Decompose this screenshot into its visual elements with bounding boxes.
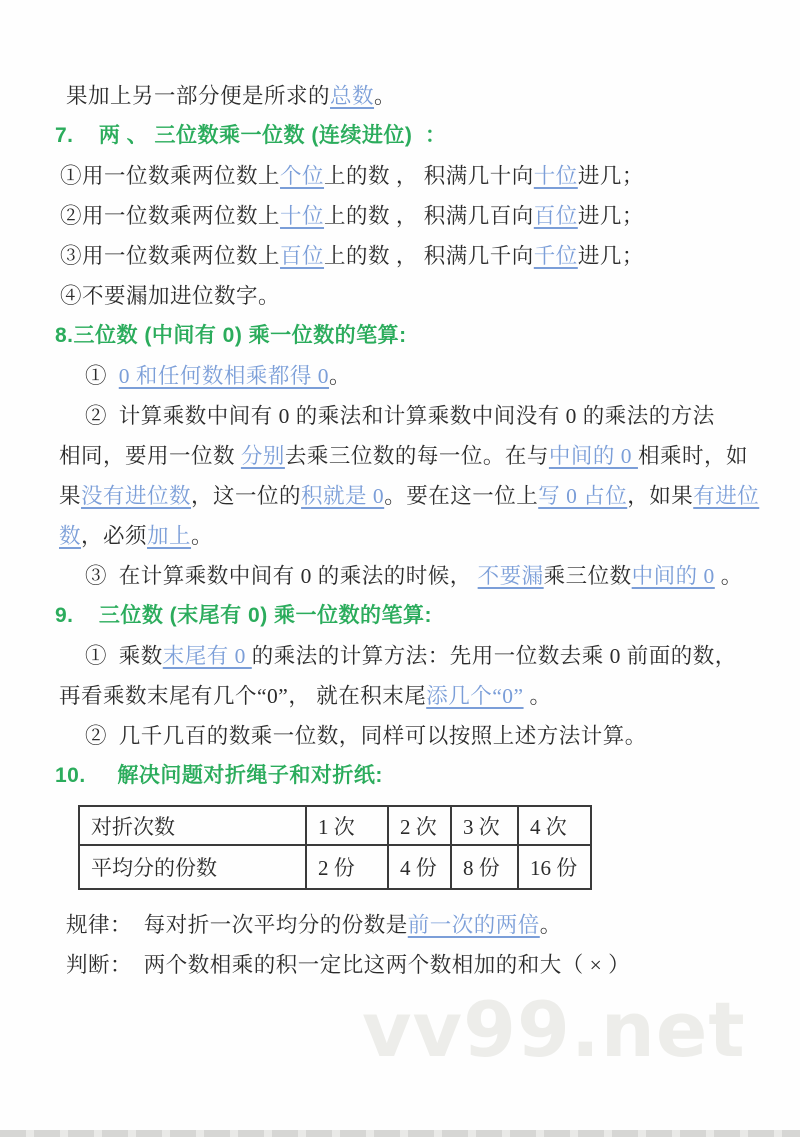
- text-run: 。: [524, 684, 552, 708]
- document-content: 果加上另一部分便是所求的总数。 7. 两 、 三位数乘一位数 (连续进位) ： …: [0, 0, 800, 985]
- line-judgment-statement: 判断： 两个数相乘的积一定比这两个数相加的和大（ × ）: [66, 945, 800, 985]
- text-run: ①: [85, 364, 119, 388]
- underlined-term: 0 和任何数相乘都得 0: [119, 364, 329, 388]
- text-run: 。: [374, 84, 396, 108]
- text-run: 上的数 ， 积满几百向: [324, 204, 534, 228]
- text-run: 再看乘数末尾有几个“0”， 就在积末尾: [59, 684, 426, 708]
- text-run: 乘三位数: [544, 564, 632, 588]
- line-trailing-zero-method-2: 再看乘数末尾有几个“0”， 就在积末尾添几个“0” 。: [59, 676, 800, 716]
- underlined-term: 十位: [280, 204, 324, 228]
- text-run: 。: [191, 524, 213, 548]
- heading-text: 10. 解决问题对折绳子和对折纸:: [55, 764, 383, 787]
- text-run: 果: [59, 484, 81, 508]
- text-run: ③ 在计算乘数中间有 0 的乘法的时候，: [85, 564, 478, 588]
- text-run: ④不要漏加进位数字。: [60, 284, 280, 308]
- table-cell: 4 份: [388, 845, 451, 889]
- table-cell: 8 份: [451, 845, 518, 889]
- text-run: ② 几千几百的数乘一位数，同样可以按照上述方法计算。: [85, 724, 647, 748]
- text-run: ②用一位数乘两位数上: [60, 204, 280, 228]
- text-run: 判断： 两个数相乘的积一定比这两个数相加的和大（ × ）: [66, 953, 630, 977]
- underlined-term: 千位: [534, 244, 578, 268]
- line-item-3-hundreds: ③用一位数乘两位数上百位上的数 ， 积满几千向千位进几；: [60, 236, 800, 276]
- text-run: 的乘法的计算方法：先用一位数去乘 0 前面的数，: [252, 644, 737, 668]
- underlined-term: 中间的 0: [632, 564, 715, 588]
- text-run: 进几；: [578, 244, 644, 268]
- table-cell: 对折次数: [79, 806, 306, 845]
- text-run: 。: [329, 364, 351, 388]
- line-item-1-ones: ①用一位数乘两位数上个位上的数 ， 积满几十向十位进几；: [60, 156, 800, 196]
- underlined-term: 添几个“0”: [426, 684, 523, 708]
- text-run: ，这一位的: [191, 484, 301, 508]
- heading-section-9: 9. 三位数 (末尾有 0) 乘一位数的笔算:: [55, 596, 800, 636]
- underlined-term: 分别: [241, 444, 285, 468]
- underlined-term: 个位: [280, 164, 324, 188]
- table-row-average-shares: 平均分的份数 2 份 4 份 8 份 16 份: [79, 845, 591, 889]
- text-run: 上的数 ， 积满几千向: [324, 244, 534, 268]
- heading-section-7: 7. 两 、 三位数乘一位数 (连续进位) ：: [55, 116, 800, 156]
- watermark-text: vv99.net: [362, 985, 746, 1074]
- heading-text: 7. 两 、 三位数乘一位数 (连续进位) ：: [55, 124, 447, 147]
- text-run: 进几；: [578, 204, 644, 228]
- underlined-term: 数: [59, 524, 81, 548]
- underlined-term: 十位: [534, 164, 578, 188]
- text-run: ① 乘数: [85, 644, 163, 668]
- line-item-4-carry: ④不要漏加进位数字。: [60, 276, 800, 316]
- underlined-term: 有进位: [693, 484, 759, 508]
- text-run: 规律： 每对折一次平均分的份数是: [66, 913, 408, 937]
- underlined-term: 没有进位数: [81, 484, 191, 508]
- underlined-term: 中间的 0: [549, 444, 638, 468]
- heading-section-10: 10. 解决问题对折绳子和对折纸:: [55, 756, 800, 796]
- underlined-term: 百位: [280, 244, 324, 268]
- text-run: 。: [715, 564, 743, 588]
- table-cell: 4 次: [518, 806, 591, 845]
- line-sum-conclusion: 果加上另一部分便是所求的总数。: [66, 76, 800, 116]
- text-run: 相同，要用一位数: [59, 444, 241, 468]
- underlined-term: 总数: [330, 84, 374, 108]
- text-run: ①用一位数乘两位数上: [60, 164, 280, 188]
- heading-section-8: 8.三位数 (中间有 0) 乘一位数的笔算:: [55, 316, 800, 356]
- page-edge-strip: [0, 1130, 800, 1137]
- table-cell: 16 份: [518, 845, 591, 889]
- document-page: 果加上另一部分便是所求的总数。 7. 两 、 三位数乘一位数 (连续进位) ： …: [0, 0, 800, 1137]
- line-middle-zero-method-4: 数，必须加上。: [59, 516, 800, 556]
- table-row-fold-times: 对折次数 1 次 2 次 3 次 4 次: [79, 806, 591, 845]
- table-cell: 3 次: [451, 806, 518, 845]
- text-run: 。要在这一位上: [384, 484, 538, 508]
- text-run: ③用一位数乘两位数上: [60, 244, 280, 268]
- underlined-term: 写 0 占位: [538, 484, 627, 508]
- underlined-term: 前一次的两倍: [408, 913, 540, 937]
- underlined-term: 百位: [534, 204, 578, 228]
- line-item-2-tens: ②用一位数乘两位数上十位上的数 ， 积满几百向百位进几；: [60, 196, 800, 236]
- text-run: 进几；: [578, 164, 644, 188]
- text-run: 去乘三位数的每一位。在与: [285, 444, 549, 468]
- table-cell: 1 次: [306, 806, 388, 845]
- line-middle-zero-reminder: ③ 在计算乘数中间有 0 的乘法的时候， 不要漏乘三位数中间的 0 。: [85, 556, 800, 596]
- text-run: 上的数 ， 积满几十向: [324, 164, 534, 188]
- text-run: ，必须: [81, 524, 147, 548]
- heading-text: 8.三位数 (中间有 0) 乘一位数的笔算:: [55, 324, 407, 347]
- fold-count-table: 对折次数 1 次 2 次 3 次 4 次 平均分的份数 2 份 4 份 8 份 …: [78, 805, 592, 890]
- table-cell: 平均分的份数: [79, 845, 306, 889]
- text-run: 相乘时，如: [638, 444, 748, 468]
- line-middle-zero-method-1: ② 计算乘数中间有 0 的乘法和计算乘数中间没有 0 的乘法的方法: [85, 396, 800, 436]
- table-cell: 2 份: [306, 845, 388, 889]
- underlined-term: 末尾有 0: [163, 644, 252, 668]
- line-trailing-zero-method-3: ② 几千几百的数乘一位数，同样可以按照上述方法计算。: [85, 716, 800, 756]
- table-cell: 2 次: [388, 806, 451, 845]
- text-run: ，如果: [627, 484, 693, 508]
- text-run: ② 计算乘数中间有 0 的乘法和计算乘数中间没有 0 的乘法的方法: [85, 404, 715, 428]
- line-middle-zero-method-2: 相同，要用一位数 分别去乘三位数的每一位。在与中间的 0 相乘时，如: [59, 436, 800, 476]
- text-run: 果加上另一部分便是所求的: [66, 84, 330, 108]
- text-run: 。: [540, 913, 562, 937]
- line-rule-summary: 规律： 每对折一次平均分的份数是前一次的两倍。: [66, 905, 800, 945]
- line-zero-multiply-rule: ① 0 和任何数相乘都得 0。: [85, 356, 800, 396]
- heading-text: 9. 三位数 (末尾有 0) 乘一位数的笔算:: [55, 604, 432, 627]
- underlined-term: 积就是 0: [301, 484, 384, 508]
- line-trailing-zero-method-1: ① 乘数末尾有 0 的乘法的计算方法：先用一位数去乘 0 前面的数，: [85, 636, 800, 676]
- underlined-term: 加上: [147, 524, 191, 548]
- line-middle-zero-method-3: 果没有进位数，这一位的积就是 0。要在这一位上写 0 占位，如果有进位: [59, 476, 800, 516]
- underlined-term: 不要漏: [478, 564, 544, 588]
